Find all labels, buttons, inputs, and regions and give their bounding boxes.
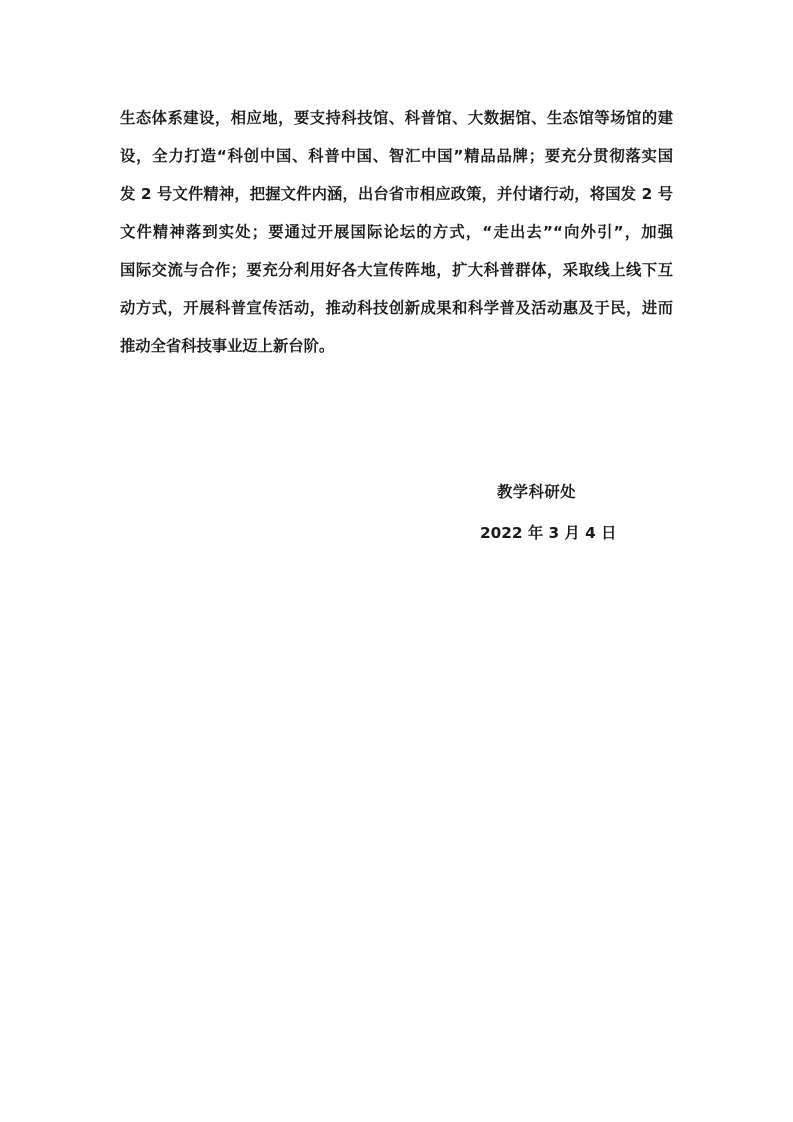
paragraph-line-5: 国际交流与合作；要充分利用好各大宣传阵地，扩大科普群体，采取线上线下互	[120, 256, 673, 294]
signature-date: 2022 年 3 月 4 日	[480, 523, 616, 543]
paragraph-line-7: 推动全省科技事业迈上新台阶。	[120, 332, 673, 370]
body-paragraph: 生态体系建设，相应地，要支持科技馆、科普馆、大数据馆、生态馆等场馆的建 设，全力…	[120, 104, 673, 370]
signature-department: 教学科研处	[497, 482, 576, 502]
paragraph-line-1: 生态体系建设，相应地，要支持科技馆、科普馆、大数据馆、生态馆等场馆的建	[120, 104, 673, 142]
paragraph-line-4: 文件精神落到实处；要通过开展国际论坛的方式，“走出去”“向外引”，加强	[120, 218, 673, 256]
paragraph-line-3: 发 2 号文件精神，把握文件内涵，出台省市相应政策，并付诸行动，将国发 2 号	[120, 180, 673, 218]
paragraph-line-2: 设，全力打造“科创中国、科普中国、智汇中国”精品品牌；要充分贯彻落实国	[120, 142, 673, 180]
paragraph-line-6: 动方式，开展科普宣传活动，推动科技创新成果和科学普及活动惠及于民，进而	[120, 294, 673, 332]
document-page: 生态体系建设，相应地，要支持科技馆、科普馆、大数据馆、生态馆等场馆的建 设，全力…	[0, 0, 793, 1122]
